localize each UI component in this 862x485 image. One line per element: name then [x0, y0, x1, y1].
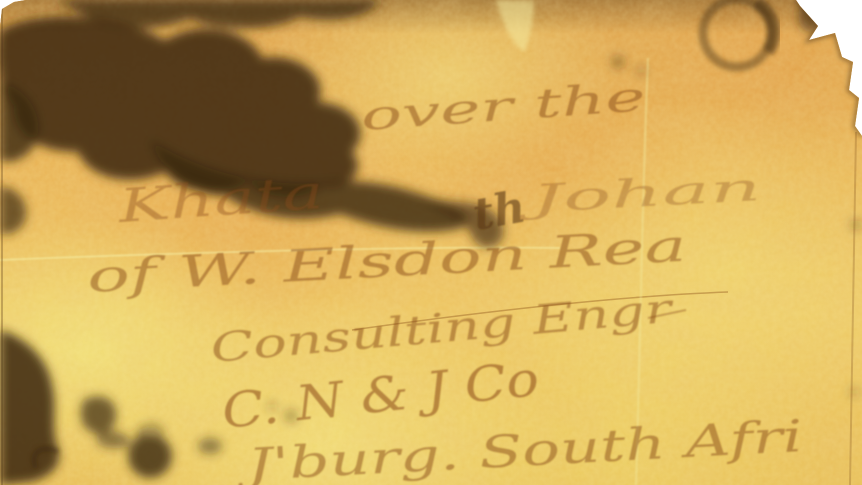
- bottom-blot-1: [81, 396, 116, 433]
- paper-overlay: over the Khata th Johan of W. Elsdon Rea…: [0, 0, 862, 485]
- bottom-round-blot: [128, 434, 172, 478]
- right-edge-spot-2: [850, 388, 858, 396]
- aged-paper: over the Khata th Johan of W. Elsdon Rea…: [0, 0, 862, 485]
- bottom-spot: [198, 438, 222, 454]
- top-center-spot-1: [612, 56, 624, 68]
- right-edge-spot-1: [851, 220, 861, 230]
- stained-letter-photo: over the Khata th Johan of W. Elsdon Rea…: [0, 0, 862, 485]
